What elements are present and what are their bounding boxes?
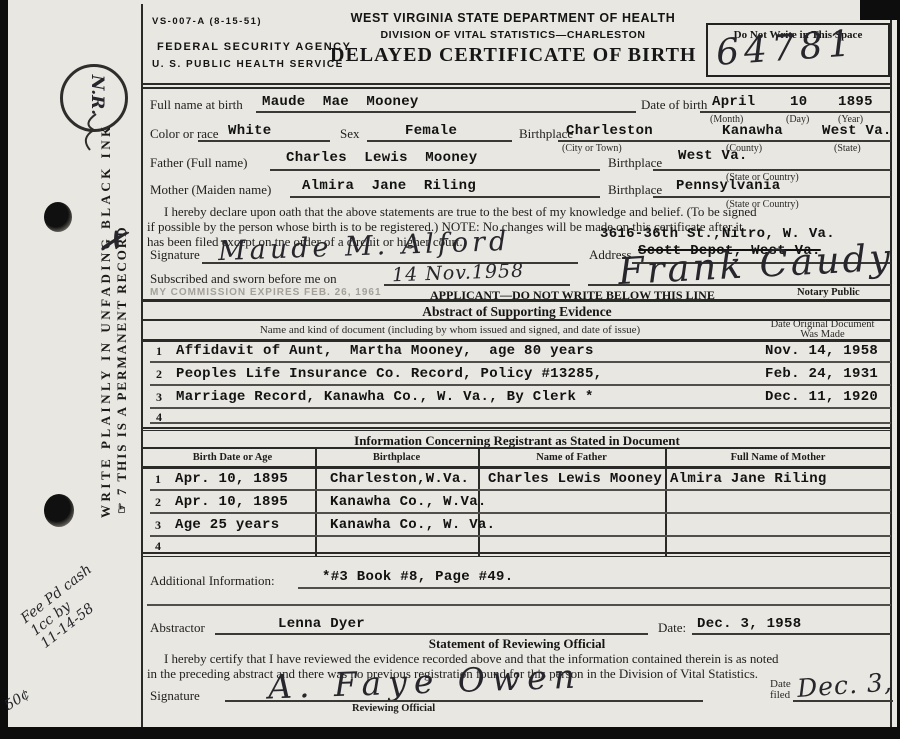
color-value: White <box>228 123 272 139</box>
father-label: Father (Full name) <box>150 155 247 171</box>
mother-birthplace-value: Pennsylvania <box>676 178 780 194</box>
birthplace-city: Charleston <box>566 123 653 139</box>
typed-address: 3616-36th St.,Nitro, W. Va. <box>600 226 835 242</box>
dob-month: April <box>712 94 756 110</box>
registrant-row2-num: 2 <box>155 495 161 510</box>
sex-label: Sex <box>340 126 360 142</box>
registrant-row1-line <box>150 489 891 491</box>
registrant-row3-line <box>150 535 891 537</box>
registrant-row2-line <box>150 512 891 514</box>
declaration-line1: I hereby declare upon oath that the abov… <box>164 204 757 220</box>
registrant-title-rule <box>142 447 892 449</box>
abstractor-date-line <box>692 633 891 635</box>
registrant-row3-num: 3 <box>155 518 161 533</box>
color-line <box>198 140 330 142</box>
abstract-row2-num: 2 <box>156 367 162 382</box>
sworn-label: Subscribed and sworn before me on <box>150 271 337 287</box>
full-name-label: Full name at birth <box>150 97 243 113</box>
abstract-col1-header: Name and kind of document (including by … <box>150 324 750 336</box>
dob-year: 1895 <box>838 94 873 110</box>
abstract-row4-line <box>150 422 891 424</box>
registrant-header-rule <box>142 466 892 469</box>
signature-label: Signature <box>150 247 200 263</box>
registrant-row1-birth: Apr. 10, 1895 <box>175 471 288 487</box>
abstract-row2-line <box>150 384 891 386</box>
registrant-row3-place: Kanawha Co., W. Va. <box>330 517 495 533</box>
abstractor-date: Dec. 3, 1958 <box>697 616 801 632</box>
agency-line2: U. S. PUBLIC HEALTH SERVICE <box>152 59 344 70</box>
full-name-line <box>256 111 636 113</box>
review-signature-label: Signature <box>150 688 200 704</box>
abstract-row1-line <box>150 361 891 363</box>
mother-birthplace-line <box>653 196 891 198</box>
registrant-col2-header: Birthplace <box>315 452 478 463</box>
section-divider-line <box>147 604 891 606</box>
registrant-col4-header: Full Name of Mother <box>665 452 891 463</box>
registrant-top-rule1 <box>142 427 892 429</box>
date-filed-label-line2: filed <box>770 689 790 701</box>
birthplace-line <box>558 140 891 142</box>
day-label: (Day) <box>786 114 809 125</box>
state-label: (State) <box>834 143 861 154</box>
father-value: Charles Lewis Mooney <box>286 150 477 166</box>
birthplace-county: Kanawha <box>722 123 783 139</box>
agency-line1: FEDERAL SECURITY AGENCY <box>157 41 351 53</box>
scan-edge-bottom <box>0 727 900 739</box>
abstract-row3-text: Marriage Record, Kanawha Co., W. Va., By… <box>176 389 594 405</box>
abstractor-line <box>215 633 648 635</box>
mother-value: Almira Jane Riling <box>302 178 476 194</box>
hole-punch-top <box>44 202 72 232</box>
dob-day: 10 <box>790 94 807 110</box>
header-rule-2 <box>142 87 892 89</box>
registrant-row3-birth: Age 25 years <box>175 517 279 533</box>
abstract-row1-date: Nov. 14, 1958 <box>765 343 878 359</box>
registrant-bottom-rule2 <box>142 556 892 557</box>
scanned-birth-certificate: N.R. WRITE PLAINLY IN UNFADING BLACK INK… <box>0 0 900 739</box>
additional-info-value: *#3 Book #8, Page #49. <box>322 569 513 585</box>
date-filed-line <box>793 700 893 702</box>
abstract-header-rule <box>142 339 892 342</box>
dob-line <box>700 111 891 113</box>
registrant-col1-header: Birth Date or Age <box>150 452 315 463</box>
abstract-row3-date: Dec. 11, 1920 <box>765 389 878 405</box>
sex-value: Female <box>405 123 457 139</box>
margin-instruction-outer: WRITE PLAINLY IN UNFADING BLACK INK <box>98 92 114 550</box>
mother-label: Mother (Maiden name) <box>150 182 271 198</box>
certificate-title: DELAYED CERTIFICATE OF BIRTH <box>330 44 696 67</box>
abstract-row3-num: 3 <box>156 390 162 405</box>
dob-label: Date of birth <box>641 97 707 113</box>
scan-edge-left <box>0 0 8 739</box>
notary-label: Notary Public <box>797 287 860 298</box>
registrant-row2-birth: Apr. 10, 1895 <box>175 494 288 510</box>
father-birthplace-line <box>653 169 891 171</box>
sworn-line <box>384 284 570 286</box>
abstract-title: Abstract of Supporting Evidence <box>142 304 892 320</box>
abstract-row2-text: Peoples Life Insurance Co. Record, Polic… <box>176 366 602 382</box>
father-line <box>270 169 600 171</box>
abstractor-name: Lenna Dyer <box>278 616 365 632</box>
sex-line <box>367 140 512 142</box>
form-border-left <box>141 4 143 727</box>
commission-stamp: MY COMMISSION EXPIRES FEB. 26, 1961 <box>150 287 382 298</box>
division-title: DIVISION OF VITAL STATISTICS—CHARLESTON <box>330 29 696 41</box>
city-label: (City or Town) <box>562 143 622 154</box>
registrant-row1-num: 1 <box>155 472 161 487</box>
registrant-col3-header: Name of Father <box>478 452 665 463</box>
sworn-date: 14 Nov.1958 <box>392 260 525 287</box>
scan-edge-top-right <box>860 0 900 20</box>
review-title: Statement of Reviewing Official <box>142 636 892 652</box>
abstract-row3-line <box>150 407 891 409</box>
form-number: VS-007-A (8-15-51) <box>152 16 262 27</box>
registrant-bottom-rule1 <box>142 552 892 554</box>
abstract-row1-text: Affidavit of Aunt, Martha Mooney, age 80… <box>176 343 594 359</box>
abstract-row1-num: 1 <box>156 344 162 359</box>
additional-info-line <box>298 587 891 589</box>
abstractor-date-label: Date: <box>658 620 686 636</box>
registrant-row2-place: Kanawha Co., W.Va. <box>330 494 487 510</box>
registrant-row1-place: Charleston,W.Va. <box>330 471 469 487</box>
registrant-row1-father: Charles Lewis Mooney <box>488 471 662 487</box>
registrant-top-rule2 <box>142 430 892 431</box>
full-name-value: Maude Mae Mooney <box>262 94 419 110</box>
registrant-row1-mother: Almira Jane Riling <box>670 471 827 487</box>
hole-punch-bottom <box>44 494 74 527</box>
additional-info-label: Additional Information: <box>150 573 275 589</box>
header-rule-1 <box>142 83 892 85</box>
father-birthplace-value: West Va. <box>678 148 748 164</box>
department-title: WEST VIRGINIA STATE DEPARTMENT OF HEALTH <box>330 11 696 25</box>
mother-line <box>290 196 600 198</box>
abstract-top-rule1 <box>142 299 892 302</box>
registrant-vline1 <box>315 447 317 556</box>
abstractor-label: Abstractor <box>150 620 205 636</box>
reviewing-official-label: Reviewing Official <box>352 703 435 714</box>
birthplace-state: West Va. <box>822 123 892 139</box>
review-signature-line <box>225 700 703 702</box>
registrant-vline3 <box>665 447 667 556</box>
abstract-row2-date: Feb. 24, 1931 <box>765 366 878 382</box>
notary-line <box>588 284 891 286</box>
